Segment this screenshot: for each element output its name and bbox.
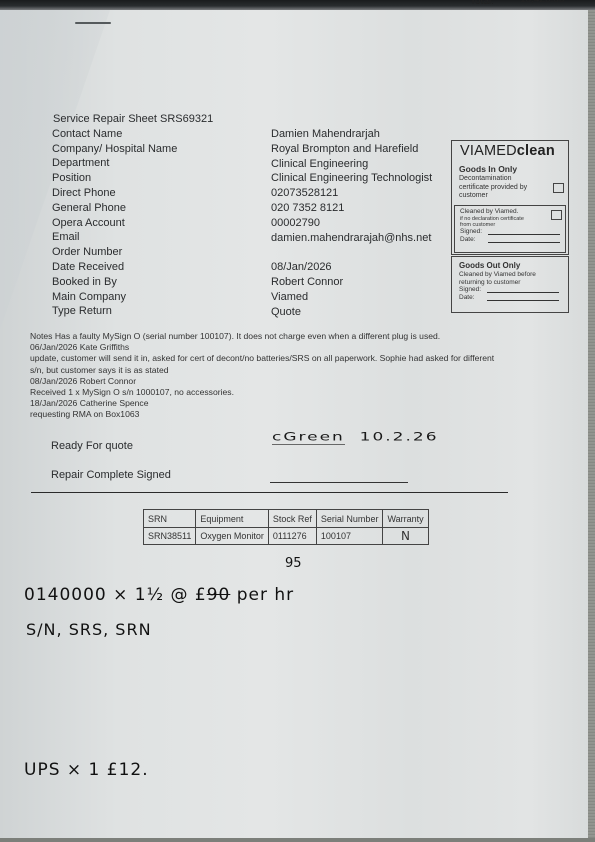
- decon-checkbox[interactable]: [553, 183, 564, 193]
- total-label: Total:: [470, 0, 494, 7]
- decon-text: Decontamination certificate provided by …: [459, 175, 539, 201]
- header-srn: SRN: [144, 510, 196, 528]
- field-value: [271, 245, 432, 260]
- header-serial-number: Serial Number: [316, 510, 383, 528]
- staple-icon: [75, 22, 111, 24]
- field-value: Clinical Engineering: [271, 157, 432, 172]
- field-label: Direct Phone: [52, 186, 213, 201]
- cleaned-by-viamed-box: Cleaned by Viamed. if no declaration cer…: [454, 205, 566, 253]
- note-line: Notes Has a faulty MySign O (serial numb…: [30, 331, 494, 342]
- goods-out-date-line: Date:: [459, 294, 568, 302]
- field-value: Robert Connor: [271, 275, 432, 290]
- repair-complete-label: Repair Complete Signed: [51, 469, 171, 481]
- field-labels: Service Repair Sheet SRS69321 Contact Na…: [52, 112, 213, 319]
- field-value: Viamed: [271, 290, 432, 305]
- handwritten-paperwork-line: S/N, SRS, SRN: [26, 620, 152, 639]
- goods-out-signed-line: Signed:: [459, 286, 568, 294]
- total-value: 18,420.00: [520, 0, 565, 5]
- field-label: Order Number: [52, 245, 213, 260]
- field-label: Department: [52, 156, 213, 171]
- cell-equipment: Oxygen Monitor: [196, 528, 269, 545]
- cell-stock-ref: 0111276: [268, 528, 316, 545]
- field-label: General Phone: [52, 201, 213, 216]
- table-row: SRN38511 Oxygen Monitor 0111276 100107 N: [144, 528, 429, 545]
- field-value: Quote: [271, 305, 432, 320]
- note-line: update, customer will send it in, asked …: [30, 353, 494, 364]
- ready-for-quote-signature: cGreen 10.2.26: [272, 430, 439, 444]
- notes-section: Notes Has a faulty MySign O (serial numb…: [30, 331, 494, 421]
- goods-out-box: Goods Out Only Cleaned by Viamed before …: [451, 256, 569, 313]
- signed-line: Signed:: [460, 228, 565, 236]
- cleaned-text: Cleaned by Viamed.: [460, 208, 565, 216]
- header-equipment: Equipment: [196, 510, 269, 528]
- field-label: Date Received: [52, 260, 213, 275]
- repair-complete-signature-line[interactable]: [270, 482, 408, 483]
- cell-serial-number: 100107: [316, 528, 383, 545]
- page-bottom-edge: [0, 838, 595, 842]
- note-line: s/n, but customer says it is as stated: [30, 365, 494, 376]
- cell-srn: SRN38511: [144, 528, 196, 545]
- note-line: 08/Jan/2026 Robert Connor: [30, 376, 494, 387]
- field-value: 00002790: [271, 216, 432, 231]
- field-value: Clinical Engineering Technologist: [271, 171, 432, 186]
- handwritten-ups-line: UPS × 1 £12.: [24, 760, 149, 780]
- field-label: Position: [52, 171, 213, 186]
- handwritten-rate-correction: 95: [285, 556, 302, 571]
- field-label: Opera Account: [52, 216, 213, 231]
- note-line: Received 1 x MySign O s/n 1000107, no ac…: [30, 387, 494, 398]
- note-line: 18/Jan/2026 Catherine Spence: [30, 398, 494, 409]
- field-label: Booked in By: [52, 275, 213, 290]
- goods-out-text: returning to customer: [459, 279, 568, 287]
- field-value: Royal Brompton and Harefield: [271, 142, 432, 157]
- cell-warranty: N: [383, 528, 428, 545]
- field-value: damien.mahendrarajah@nhs.net: [271, 231, 432, 246]
- sheet-title: Service Repair Sheet SRS69321: [53, 112, 213, 127]
- header-warranty: Warranty: [383, 510, 428, 528]
- field-value: Damien Mahendrarjah: [271, 127, 432, 142]
- field-label: Email: [52, 230, 213, 245]
- page-edge: [588, 10, 595, 842]
- date-line: Date:: [460, 236, 565, 244]
- header-stock-ref: Stock Ref: [268, 510, 316, 528]
- field-value: 08/Jan/2026: [271, 260, 432, 275]
- goods-in-heading: Goods In Only: [459, 164, 568, 174]
- viamedclean-logo: VIAMEDclean: [460, 143, 568, 159]
- cleaned-subtext: if no declaration certificate from custo…: [460, 216, 532, 228]
- goods-out-heading: Goods Out Only: [459, 261, 568, 270]
- equipment-table: SRN Equipment Stock Ref Serial Number Wa…: [143, 509, 429, 545]
- ready-for-quote-label: Ready For quote: [51, 440, 133, 452]
- note-line: 06/Jan/2026 Kate Griffiths: [30, 342, 494, 353]
- field-values: Damien Mahendrarjah Royal Brompton and H…: [271, 127, 432, 319]
- note-line: requesting RMA on Box1063: [30, 409, 494, 420]
- field-label: Contact Name: [52, 127, 213, 142]
- viamedclean-goods-in-box: VIAMEDclean Goods In Only Decontaminatio…: [451, 140, 569, 255]
- cleaned-checkbox[interactable]: [551, 210, 562, 220]
- goods-out-text: Cleaned by Viamed before: [459, 271, 568, 279]
- field-value: 020 7352 8121: [271, 201, 432, 216]
- table-header-row: SRN Equipment Stock Ref Serial Number Wa…: [144, 510, 429, 528]
- section-divider: [31, 492, 508, 493]
- field-value: 02073528121: [271, 186, 432, 201]
- handwritten-labour-line: 0140000 × 1½ @ £90 per hr: [24, 585, 294, 605]
- field-label: Company/ Hospital Name: [52, 142, 213, 157]
- field-label: Type Return: [52, 304, 213, 319]
- field-label: Main Company: [52, 290, 213, 305]
